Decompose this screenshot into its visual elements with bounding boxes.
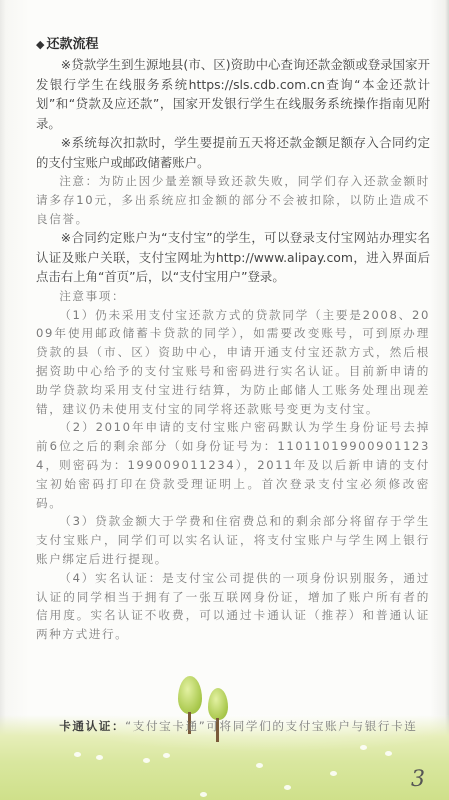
paragraph-note-4: （4）实名认证：是支付宝公司提供的一项身份识别服务，通过认证的同学相当于拥有了一… [36,569,430,644]
paragraph-note-2: （2）2010年申请的支付宝账户密码默认为学生身份证号去掉前6位之后的剩余部分（… [36,418,430,512]
paragraph-alipay-login: ※合同约定账户为“支付宝”的学生，可以登录支付宝网站办理实名认证及账户关联，支付… [36,228,430,287]
section-heading: ◆ 还款流程 [36,36,430,54]
paragraph-note-3: （3）贷款金额大于学费和住宿费总和的剩余部分将留存于学生支付宝账户，同学们可以实… [36,512,430,568]
paragraph-note-1: （1）仍未采用支付宝还款方式的贷款同学（主要是2008、2009年使用邮政储蓄卡… [36,306,430,419]
page-content: ◆ 还款流程 ※贷款学生到生源地县(市、区)资助中心查询还款金额或登录国家开发银… [36,36,430,644]
diamond-bullet-icon: ◆ [36,36,44,54]
paragraph-notes-heading: 注意事项： [36,287,430,306]
paragraph-note-extra-deposit: 注意：为防止因少量差额导致还款失败，同学们存入还款金额时请多存10元，多出系统应… [36,172,430,228]
document-page: ◆ 还款流程 ※贷款学生到生源地县(市、区)资助中心查询还款金额或登录国家开发银… [0,0,449,800]
section-title: 还款流程 [46,36,98,54]
card-auth-label: 卡通认证： [59,719,125,733]
paragraph-deposit-before-deduction: ※系统每次扣款时，学生要提前五天将还款金额足额存入合同约定的支付宝账户或邮政储蓄… [36,133,430,172]
paragraph-card-auth: 卡通认证：“支付宝卡通”可将同学们的支付宝账户与银行卡连 [36,717,430,736]
paragraph-query-repayment: ※贷款学生到生源地县(市、区)资助中心查询还款金额或登录国家开发银行学生在线服务… [36,55,430,133]
page-number: 3 [411,767,425,792]
card-auth-text: “支付宝卡通”可将同学们的支付宝账户与银行卡连 [125,719,417,733]
